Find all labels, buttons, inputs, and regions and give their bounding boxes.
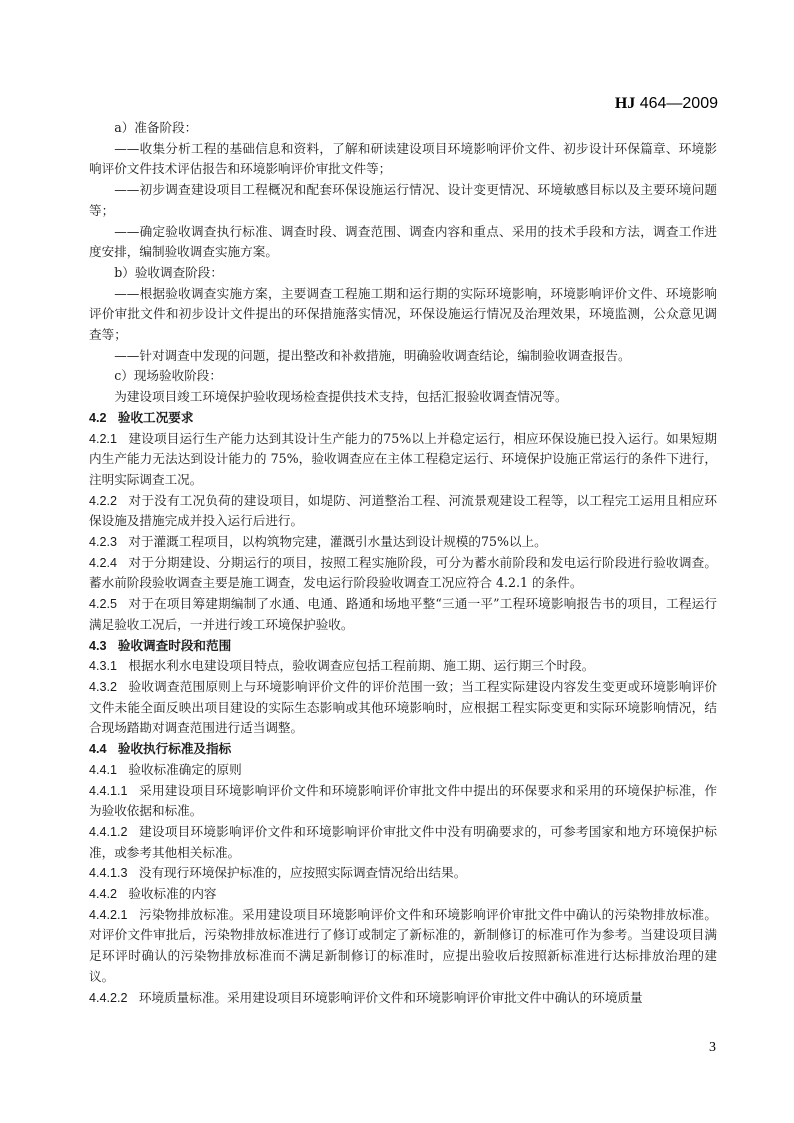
list-item: c）现场验收阶段：	[89, 366, 717, 387]
list-item: a）准备阶段：	[89, 118, 717, 139]
document-page: HJ 464—2009 a）准备阶段： ——收集分析工程的基础信息和资料，了解和…	[0, 0, 794, 1123]
list-item: ——初步调查建设项目工程概况和配套环保设施运行情况、设计变更情况、环境敏感目标以…	[89, 180, 717, 221]
list-item: ——针对调查中发现的问题，提出整改和补救措施，明确验收调查结论，编制验收调查报告…	[89, 346, 717, 367]
clause: 4.2.1建设项目运行生产能力达到其设计生产能力的75%以上并稳定运行，相应环保…	[89, 429, 717, 491]
list-item: ——确定验收调查执行标准、调查时段、调查范围、调查内容和重点、采用的技术手段和方…	[89, 222, 717, 263]
clause: 4.2.5对于在项目筹建期编制了水通、电通、路通和场地平整“三通一平”工程环境影…	[89, 594, 717, 635]
section-heading: 4.3验收调查时段和范围	[89, 636, 717, 657]
clause: 4.2.2对于没有工况负荷的建设项目，如堤防、河道整治工程、河流景观建设工程等，…	[89, 491, 717, 532]
clause: 4.4.2.1污染物排放标准。采用建设项目环境影响评价文件和环境影响评价审批文件…	[89, 905, 717, 988]
clause: 4.4.2.2环境质量标准。采用建设项目环境影响评价文件和环境影响评价审批文件中…	[89, 988, 717, 1009]
list-item: ——根据验收调查实施方案，主要调查工程施工期和运行期的实际环境影响，环境影响评价…	[89, 284, 717, 346]
list-item: 为建设项目竣工环境保护验收现场检查提供技术支持，包括汇报验收调查情况等。	[89, 387, 717, 408]
clause: 4.4.2验收标准的内容	[89, 884, 717, 905]
clause: 4.2.3对于灌溉工程项目，以构筑物完建，灌溉引水量达到设计规模的75%以上。	[89, 532, 717, 553]
clause: 4.4.1.3没有现行环境保护标准的，应按照实际调查情况给出结果。	[89, 863, 717, 884]
section-heading: 4.4验收执行标准及指标	[89, 739, 717, 760]
clause: 4.3.2验收调查范围原则上与环境影响评价文件的评价范围一致；当工程实际建设内容…	[89, 677, 717, 739]
page-number: 3	[709, 1040, 716, 1056]
clause: 4.2.4对于分期建设、分期运行的项目，按照工程实施阶段，可分为蓄水前阶段和发电…	[89, 553, 717, 594]
clause: 4.3.1根据水利水电建设项目特点，验收调查应包括工程前期、施工期、运行期三个时…	[89, 656, 717, 677]
standard-code-header: HJ 464—2009	[615, 95, 718, 113]
clause: 4.4.1.1采用建设项目环境影响评价文件和环境影响评价审批文件中提出的环保要求…	[89, 781, 717, 822]
document-body: a）准备阶段： ——收集分析工程的基础信息和资料，了解和研读建设项目环境影响评价…	[89, 118, 717, 1008]
clause: 4.4.1验收标准确定的原则	[89, 760, 717, 781]
list-item: b）验收调查阶段：	[89, 263, 717, 284]
standard-code-number: 464—2009	[635, 95, 718, 112]
clause: 4.4.1.2建设项目环境影响评价文件和环境影响评价审批文件中没有明确要求的，可…	[89, 822, 717, 863]
standard-code-prefix: HJ	[615, 95, 635, 112]
list-item: ——收集分析工程的基础信息和资料，了解和研读建设项目环境影响评价文件、初步设计环…	[89, 139, 717, 180]
section-heading: 4.2验收工况要求	[89, 408, 717, 429]
